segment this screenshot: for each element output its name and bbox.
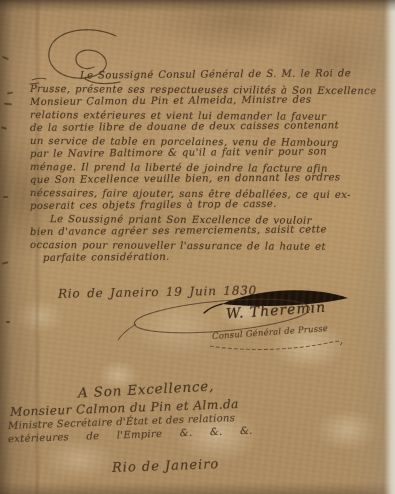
margin-ink-mark <box>1 126 7 129</box>
letter-line: Le Soussigné Consul Général de S. M. le … <box>30 67 386 83</box>
letter-line: parfaite considération. <box>30 249 386 265</box>
margin-ink-mark <box>7 91 13 94</box>
letter-line: poserait ces objets fragiles à trop de c… <box>30 197 386 213</box>
margin-ink-mark <box>2 261 8 264</box>
letter-line: de la sortie libre de douane de deux cai… <box>30 119 386 135</box>
letter-line: par le Navire Baltimore & qu'il a fait v… <box>30 145 386 161</box>
margin-ink-mark <box>6 321 10 323</box>
letter-scan: Le Soussigné Consul Général de S. M. le … <box>0 0 395 494</box>
footer-place: Rio de Janeiro <box>112 457 220 476</box>
margin-ink-mark <box>4 103 12 105</box>
letter-line: bien d'avance agréer ses remerciements, … <box>30 223 386 239</box>
margin-ink-mark <box>3 196 8 198</box>
letter-line: que Son Excellence veuille bien, en donn… <box>30 171 386 187</box>
margin-ink-mark <box>2 56 9 60</box>
letter-body: Le Soussigné Consul Général de S. M. le … <box>30 70 386 265</box>
letter-line: Monsieur Calmon du Pin et Almeida, Minis… <box>30 93 386 109</box>
